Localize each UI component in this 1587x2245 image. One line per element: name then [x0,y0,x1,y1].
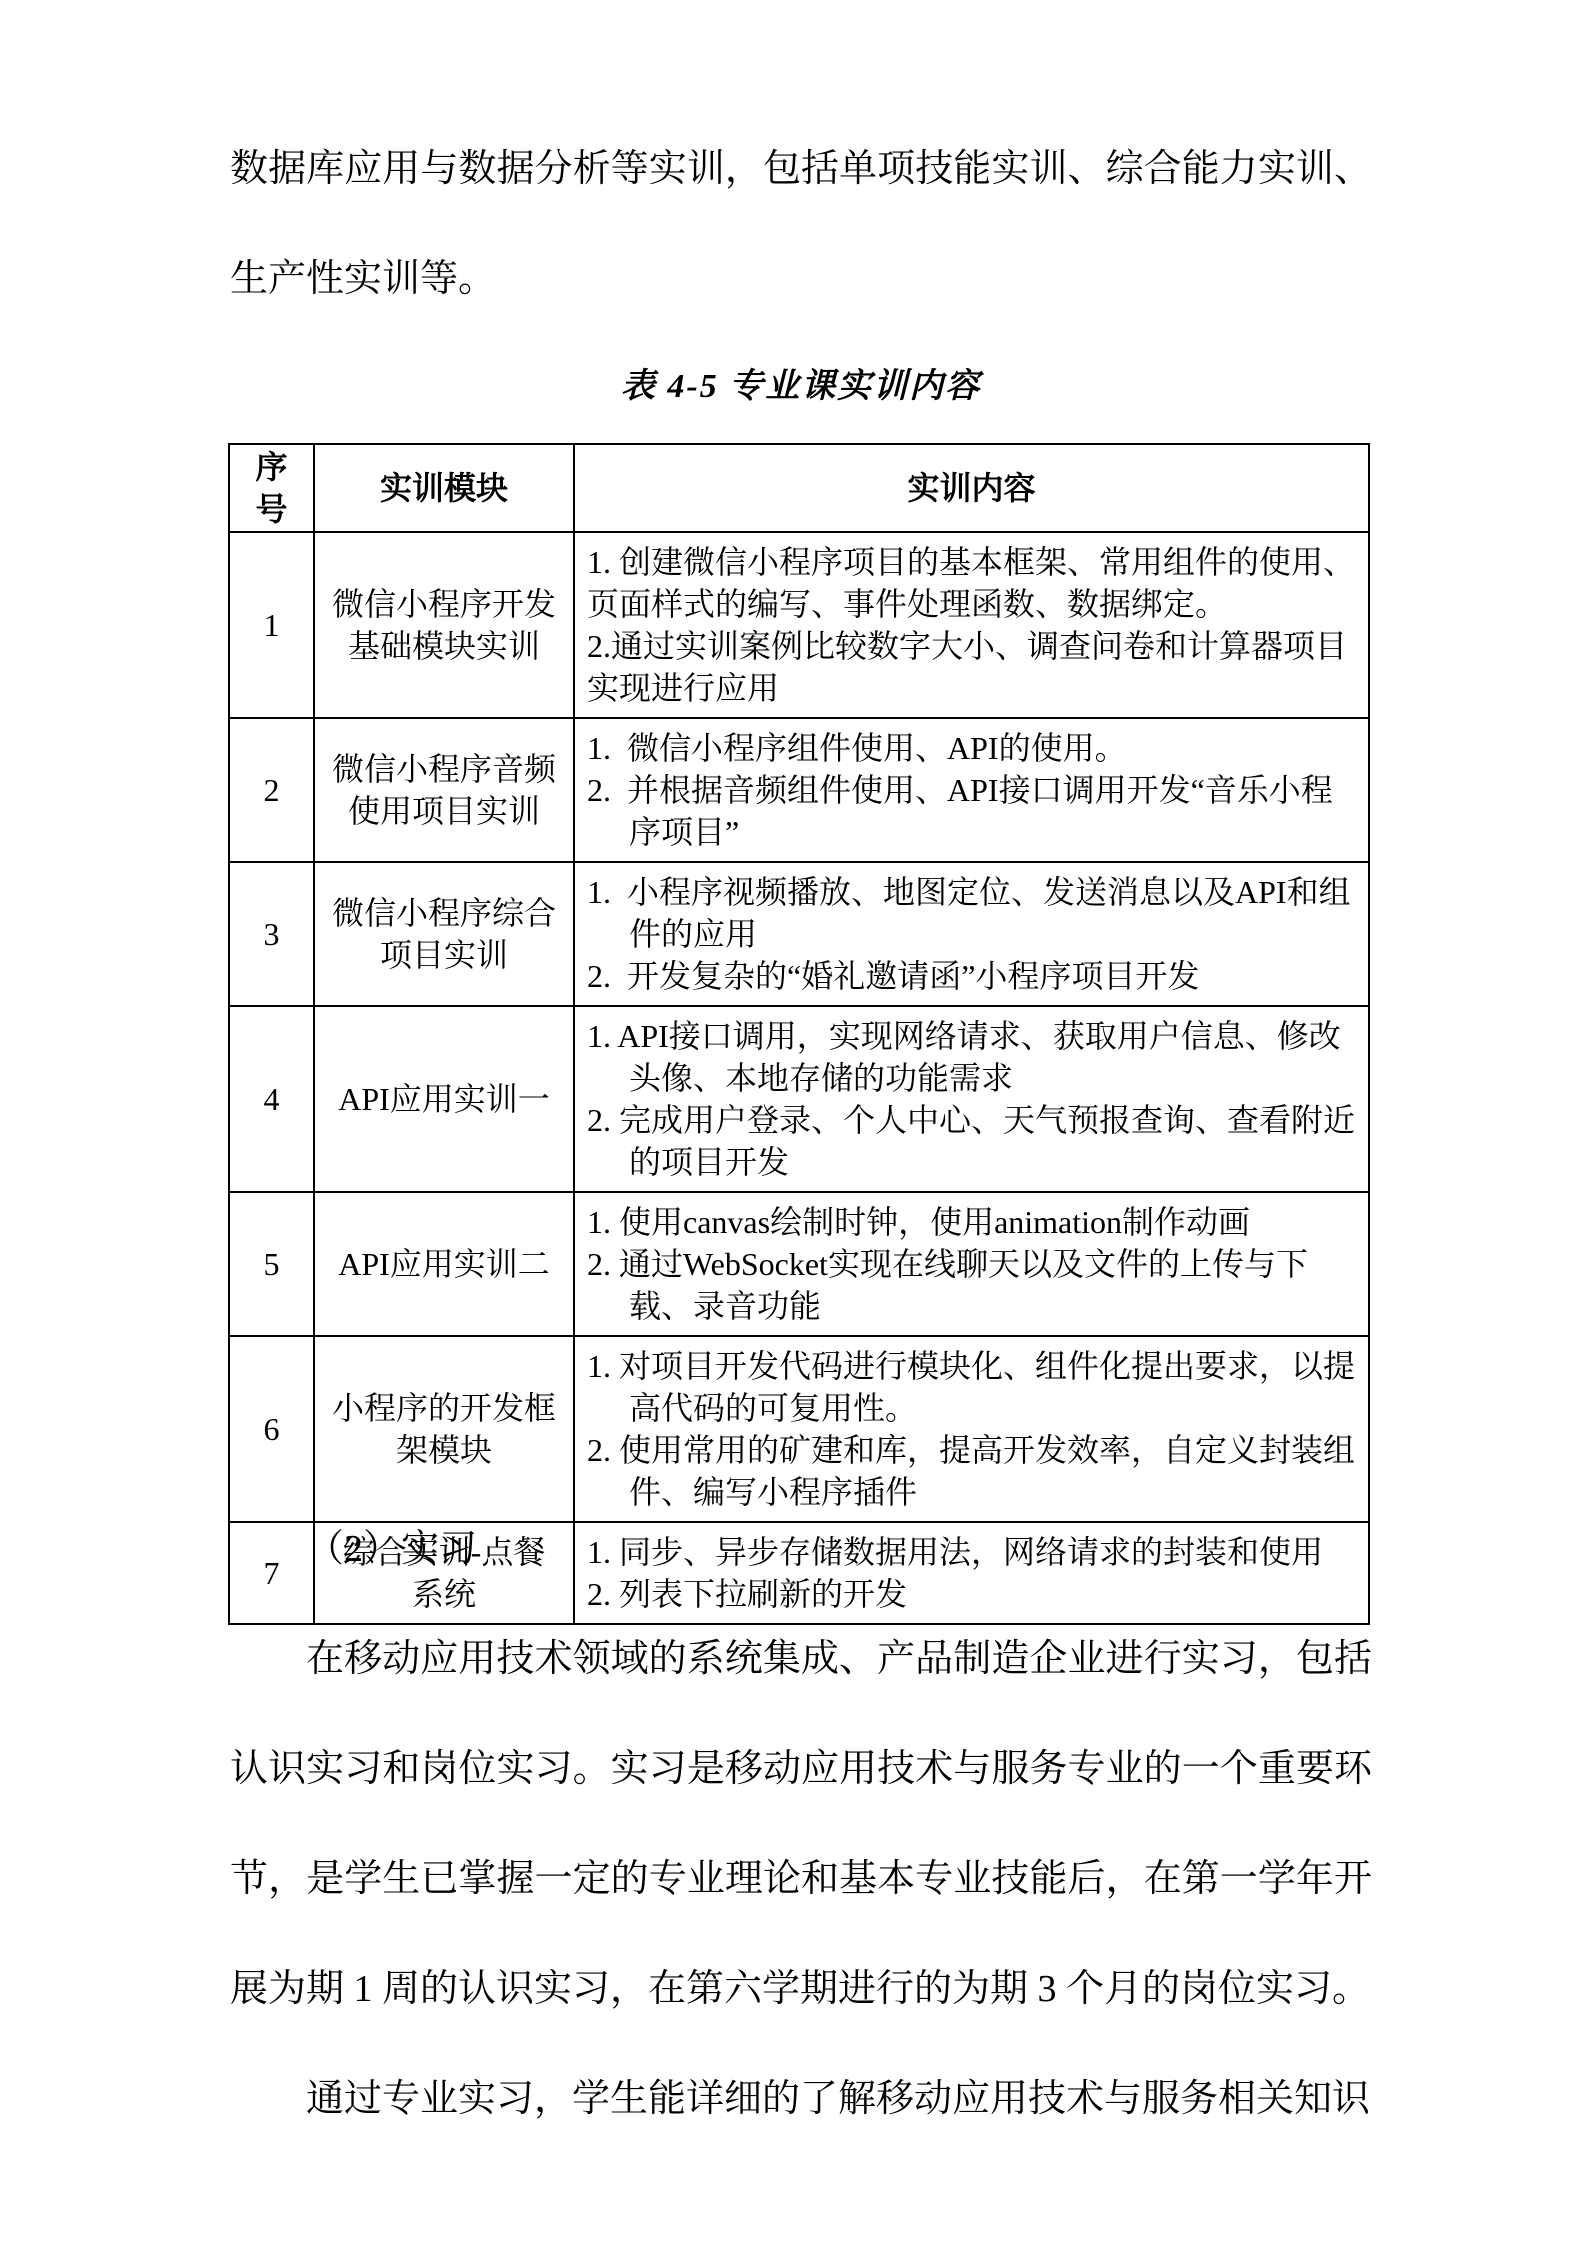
module-cell: API应用实训二 [314,1192,574,1336]
intro-paragraph-block: 数据库应用与数据分析等实训，包括单项技能实训、综合能力实训、生产性实训等。 [230,114,1372,334]
table-header-row: 序 号 实训模块 实训内容 [229,444,1369,532]
document-page: 数据库应用与数据分析等实训，包括单项技能实训、综合能力实训、生产性实训等。 表 … [0,0,1587,2245]
header-cell-number: 序 号 [229,444,314,532]
content-item: 1. 对项目开发代码进行模块化、组件化提出要求，以提高代码的可复用性。 [587,1345,1362,1429]
content-item: 2. 完成用户登录、个人中心、天气预报查询、查看附近的项目开发 [587,1099,1362,1183]
table-row: 3 微信小程序综合 项目实训 1. 小程序视频播放、地图定位、发送消息以及API… [229,862,1369,1006]
content-item: 1. 微信小程序组件使用、API的使用。 [587,727,1362,769]
table-row: 5 API应用实训二 1. 使用canvas绘制时钟，使用animation制作… [229,1192,1369,1336]
table-row: 2 微信小程序音频 使用项目实训 1. 微信小程序组件使用、API的使用。 2.… [229,718,1369,862]
content-cell: 1. 小程序视频播放、地图定位、发送消息以及API和组件的应用 2. 开发复杂的… [574,862,1369,1006]
table-row: 1 微信小程序开发 基础模块实训 1. 创建微信小程序项目的基本框架、常用组件的… [229,532,1369,718]
training-content-table: 序 号 实训模块 实训内容 1 微信小程序开发 基础模块实训 1. 创建微信小程… [228,443,1370,1625]
sub-heading: （2）实习 [230,1494,1372,1604]
content-item: 2. 开发复杂的“婚礼邀请函”小程序项目开发 [587,955,1362,997]
row-number: 4 [229,1006,314,1192]
content-cell: 1. 使用canvas绘制时钟，使用animation制作动画 2. 通过Web… [574,1192,1369,1336]
content-cell: 1. 创建微信小程序项目的基本框架、常用组件的使用、页面样式的编写、事件处理函数… [574,532,1369,718]
content-item: 1. 使用canvas绘制时钟，使用animation制作动画 [587,1201,1362,1243]
content-cell: 1. 微信小程序组件使用、API的使用。 2. 并根据音频组件使用、API接口调… [574,718,1369,862]
module-cell: 微信小程序开发 基础模块实训 [314,532,574,718]
content-item: 1. 小程序视频播放、地图定位、发送消息以及API和组件的应用 [587,871,1362,955]
table-caption: 表 4-5 专业课实训内容 [230,358,1372,407]
content-item: 2. 通过WebSocket实现在线聊天以及文件的上传与下载、录音功能 [587,1243,1362,1327]
internship-paragraph: 在移动应用技术领域的系统集成、产品制造企业进行实习，包括认识实习和岗位实习。实习… [230,1604,1372,2044]
internship-section: （2）实习 在移动应用技术领域的系统集成、产品制造企业进行实习，包括认识实习和岗… [230,1494,1372,2154]
row-number: 3 [229,862,314,1006]
module-cell: 微信小程序音频 使用项目实训 [314,718,574,862]
row-number: 5 [229,1192,314,1336]
header-cell-content: 实训内容 [574,444,1369,532]
module-cell: 微信小程序综合 项目实训 [314,862,574,1006]
content-cell: 1. API接口调用，实现网络请求、获取用户信息、修改头像、本地存储的功能需求 … [574,1006,1369,1192]
closing-paragraph: 通过专业实习，学生能详细的了解移动应用技术与服务相关知识 [230,2044,1372,2154]
module-cell: API应用实训一 [314,1006,574,1192]
row-number: 1 [229,532,314,718]
intro-paragraph: 数据库应用与数据分析等实训，包括单项技能实训、综合能力实训、生产性实训等。 [230,114,1372,334]
table-row: 4 API应用实训一 1. API接口调用，实现网络请求、获取用户信息、修改头像… [229,1006,1369,1192]
header-cell-module: 实训模块 [314,444,574,532]
content-item: 1. 创建微信小程序项目的基本框架、常用组件的使用、页面样式的编写、事件处理函数… [587,541,1362,625]
row-number: 2 [229,718,314,862]
content-item: 2.通过实训案例比较数字大小、调查问卷和计算器项目实现进行应用 [587,625,1362,709]
content-item: 2. 并根据音频组件使用、API接口调用开发“音乐小程序项目” [587,769,1362,853]
content-item: 1. API接口调用，实现网络请求、获取用户信息、修改头像、本地存储的功能需求 [587,1015,1362,1099]
